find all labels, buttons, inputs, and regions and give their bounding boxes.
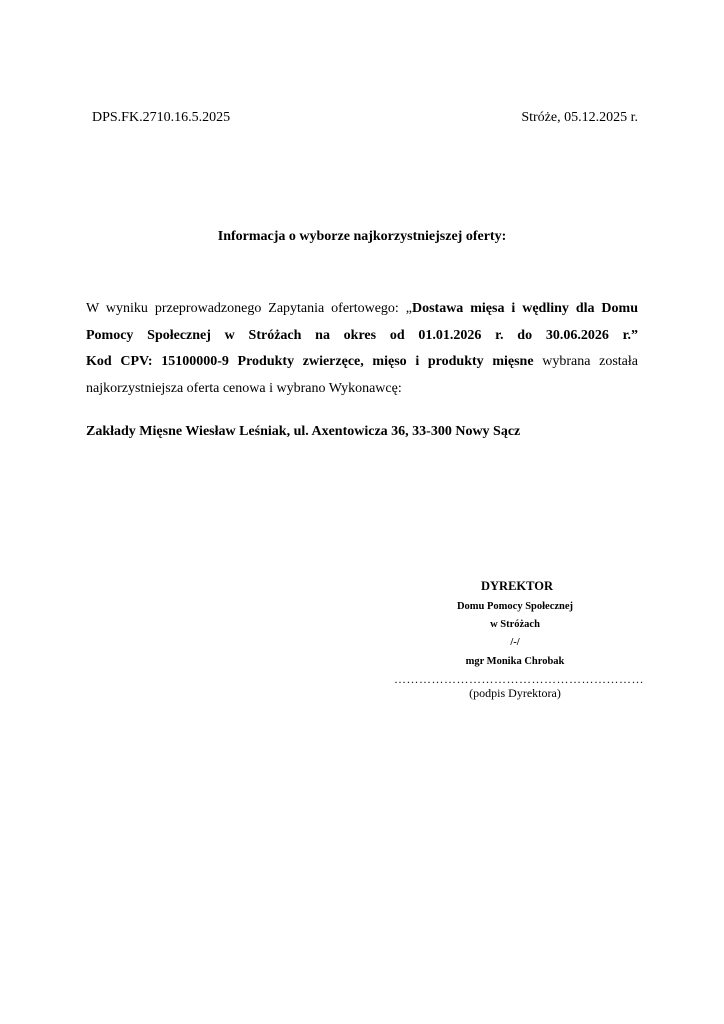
signature-line: …………………………………………………… — [388, 672, 650, 686]
signature-name: mgr Monika Chrobak — [380, 652, 650, 672]
body-paragraph: W wyniku przeprowadzonego Zapytania ofer… — [86, 296, 638, 402]
selected-contractor: Zakłady Mięsne Wiesław Leśniak, ul. Axen… — [86, 424, 520, 440]
signature-mark: /-/ — [380, 634, 650, 652]
signature-block: DYREKTOR Domu Pomocy Społecznej w Stróża… — [380, 578, 650, 700]
document-reference: DPS.FK.2710.16.5.2025 — [92, 110, 230, 126]
signature-organization: Domu Pomocy Społecznej — [380, 598, 650, 616]
body-line-3: Kod CPV: 15100000-9 Produkty zwierzęce, … — [86, 349, 638, 376]
body-line-1: W wyniku przeprowadzonego Zapytania ofer… — [86, 296, 638, 323]
body-line-4: najkorzystniejsza oferta cenowa i wybran… — [86, 376, 638, 403]
body-line-2: Pomocy Społecznej w Stróżach na okres od… — [86, 323, 638, 350]
signature-location: w Stróżach — [380, 616, 650, 634]
signature-caption: (podpis Dyrektora) — [380, 686, 650, 700]
signature-role: DYREKTOR — [380, 578, 650, 594]
document-title: Informacja o wyborze najkorzystniejszej … — [0, 229, 724, 245]
place-and-date: Stróże, 05.12.2025 r. — [521, 110, 638, 126]
